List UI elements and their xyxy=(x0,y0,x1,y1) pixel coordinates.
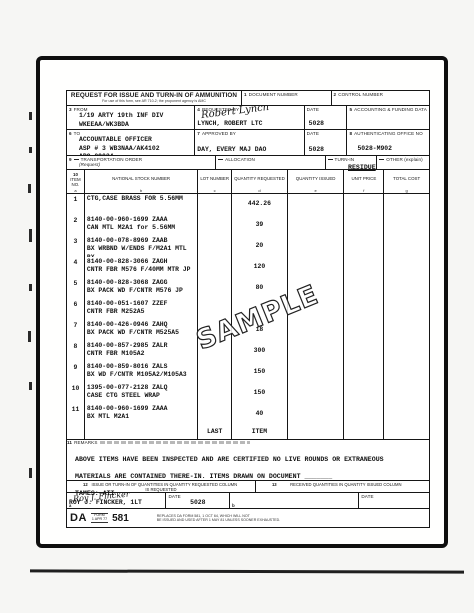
item-total-cost xyxy=(384,299,429,320)
scan-artifact xyxy=(29,147,32,153)
item-qty-issued xyxy=(288,362,345,383)
item-qty-issued xyxy=(288,383,345,404)
da-logo: DA xyxy=(70,512,87,524)
item-number: 11 xyxy=(67,404,85,425)
issuer-typed-name: ROY J. FINCKER, 1LT xyxy=(69,499,142,507)
item-total-cost xyxy=(384,236,429,257)
table-row: 28140-00-960-1699 ZAAA CAN MTL M2A1 for … xyxy=(67,215,429,236)
item-lot xyxy=(198,404,232,425)
form-subtitle: For use of this form, see AR 710-2; the … xyxy=(69,99,239,103)
box-number: 3 xyxy=(69,107,72,112)
receiver-date-label: DATE xyxy=(361,494,427,499)
checkbox-icon xyxy=(218,156,223,160)
qty-requested-header: QUANTITY REQUESTED d xyxy=(232,170,288,193)
receiver-signature-box: b xyxy=(230,493,359,508)
control-number-box: 2CONTROL NUMBER xyxy=(332,91,429,105)
qty-issued-header: QUANTITY ISSUED e xyxy=(288,170,345,193)
last-item-lot-text: LAST xyxy=(198,425,232,439)
item-qty-issued xyxy=(288,215,345,236)
item-unit-price xyxy=(344,299,384,320)
item-description: 8140-00-828-3068 ZAGG BX PACK WD F/CNTR … xyxy=(85,278,198,299)
issuer-date-value: 5028 xyxy=(168,499,227,507)
item-description: 8140-00-859-8016 ZALS BX WD F/CNTR M105A… xyxy=(85,362,198,383)
receiver-date-box: DATE xyxy=(359,493,429,508)
document-number-box: 1DOCUMENT NUMBER xyxy=(242,91,332,105)
approved-date-box: DATE 5028 xyxy=(305,130,348,155)
table-row: 1CTG,CASE BRASS FOR 5.56MM442.26 xyxy=(67,194,429,215)
item-number: 7 xyxy=(67,320,85,341)
item-description: 8140-00-857-2985 ZALR CNTR FBR M105A2 xyxy=(85,341,198,362)
item-unit-price xyxy=(344,320,384,341)
item-lot xyxy=(198,215,232,236)
certification-right: 13RECEIVED QUANTITIES IN QUANTITY ISSUED… xyxy=(256,481,429,492)
item-number: 2 xyxy=(67,215,85,236)
scan-artifact xyxy=(28,184,31,193)
to-row: 6TO ACCOUNTABLE OFFICER ASP # 3 WB3NAA/A… xyxy=(67,130,429,156)
item-total-cost xyxy=(384,383,429,404)
item-qty-requested: 442.26 xyxy=(232,194,288,215)
box-number: 5 xyxy=(349,107,352,112)
item-unit-price xyxy=(344,194,384,215)
to-value: ACCOUNTABLE OFFICER ASP # 3 WB3NAA/AK410… xyxy=(79,136,192,155)
item-number: 1 xyxy=(67,194,85,215)
form-title-box: REQUEST FOR ISSUE AND TURN-IN OF AMMUNIT… xyxy=(67,91,242,105)
total-cost-header: TOTAL COST g xyxy=(384,170,429,193)
item-description: 8140-00-960-1699 ZAAA BX MTL M2A1 xyxy=(85,404,198,425)
box-number: 1 xyxy=(244,92,247,97)
form-header-row: REQUEST FOR ISSUE AND TURN-IN OF AMMUNIT… xyxy=(67,91,429,106)
item-unit-price xyxy=(344,341,384,362)
items-table-header: 10 ITEM NO. a NATIONAL STOCK NUMBER b LO… xyxy=(67,170,429,194)
from-value: 1/19 ARTY 19th INF DIV WKEEAA/WK3BDA APO… xyxy=(79,112,192,129)
control-number-label: CONTROL NUMBER xyxy=(338,92,383,97)
scan-artifact xyxy=(28,331,31,342)
signature-row: a Roy J. Fincker ROY J. FINCKER, 1LT DAT… xyxy=(67,493,429,509)
item-number: 8 xyxy=(67,341,85,362)
item-total-cost xyxy=(384,320,429,341)
authenticating-label: AUTHENTICATING OFFICE NO xyxy=(354,131,423,136)
table-row: 118140-00-960-1699 ZAAA BX MTL M2A140 xyxy=(67,404,429,425)
request-type-label: TURN-IN xyxy=(335,157,355,162)
item-qty-requested: 150 xyxy=(232,362,288,383)
last-item-row: LAST ITEM xyxy=(67,425,429,440)
box-number: 2 xyxy=(334,92,337,97)
nsn-header: NATIONAL STOCK NUMBER b xyxy=(85,170,198,193)
item-qty-requested: 150 xyxy=(232,383,288,404)
box-number: 13 xyxy=(272,482,277,487)
item-qty-requested: 120 xyxy=(232,257,288,278)
item-lot xyxy=(198,278,232,299)
requested-by-box: 4REQUESTED BY Robert Lynch LYNCH, ROBERT… xyxy=(195,106,304,129)
to-label: TO xyxy=(74,131,81,136)
accounting-funding-box: 5ACCOUNTING & FUNDING DATA xyxy=(347,106,429,129)
item-qty-issued xyxy=(288,341,345,362)
item-number: 9 xyxy=(67,362,85,383)
box-number: 7 xyxy=(197,131,200,136)
item-number: 4 xyxy=(67,257,85,278)
table-row: 48140-00-828-3066 ZAGH CNTR FBR M576 F/4… xyxy=(67,257,429,278)
approved-date-value: 5028 xyxy=(309,146,324,154)
item-total-cost xyxy=(384,341,429,362)
issuer-date-box: DATE 5028 xyxy=(166,493,230,508)
form-number: 581 xyxy=(112,513,129,524)
scan-artifact xyxy=(29,382,32,390)
certification-left-text: ISSUE OR TURN-IN OF QUANTITIES IN QUANTI… xyxy=(91,482,237,492)
item-total-cost xyxy=(384,362,429,383)
item-unit-price xyxy=(344,215,384,236)
illegible-print xyxy=(100,441,250,444)
item-unit-price xyxy=(344,383,384,404)
remarks-label: REMARKS xyxy=(74,440,97,445)
requested-by-typed-name: LYNCH, ROBERT LTC xyxy=(197,120,262,128)
item-total-cost xyxy=(384,404,429,425)
item-description: 8140-00-051-1607 ZZEF CNTR FBR M252A5 xyxy=(85,299,198,320)
da-form-581-page: SAMPLE RESIDUE REQUEST FOR ISSUE AND TUR… xyxy=(36,56,448,548)
from-row: 3FROM 1/19 ARTY 19th INF DIV WKEEAA/WK3B… xyxy=(67,106,429,130)
item-description: 8140-00-828-3066 ZAGH CNTR FBR M576 F/40… xyxy=(85,257,198,278)
lot-number-header: LOT NUMBER c xyxy=(198,170,232,193)
item-qty-requested: 20 xyxy=(232,236,288,257)
turn-in-note: RESIDUE xyxy=(348,164,376,173)
request-type-label: ALLOCATION xyxy=(225,157,255,162)
form-edition: FORM 1 APR 77 xyxy=(91,513,108,523)
item-lot xyxy=(198,383,232,404)
scan-artifact xyxy=(29,112,32,120)
request-type-label: TRANSPORTATION ORDER xyxy=(81,157,142,162)
item-description: CTG,CASE BRASS FOR 5.56MM xyxy=(85,194,198,215)
checkbox-icon xyxy=(74,156,79,160)
box-number: 11 xyxy=(67,440,72,445)
item-description: 8140-00-960-1699 ZAAA CAN MTL M2A1 for 5… xyxy=(85,215,198,236)
requested-date-value: 5028 xyxy=(309,120,324,128)
authenticating-office-box: 8AUTHENTICATING OFFICE NO 5028-M902 xyxy=(347,130,429,155)
checkbox-icon xyxy=(379,156,384,160)
item-lot xyxy=(198,236,232,257)
item-qty-issued xyxy=(288,404,345,425)
item-number: 5 xyxy=(67,278,85,299)
item-total-cost xyxy=(384,215,429,236)
table-row: 98140-00-859-8016 ZALS BX WD F/CNTR M105… xyxy=(67,362,429,383)
approved-date-label: DATE xyxy=(307,131,345,136)
request-type-option: OTHER (explain) xyxy=(377,156,429,169)
request-type-option: ALLOCATION xyxy=(216,156,325,169)
form-title: REQUEST FOR ISSUE AND TURN-IN OF AMMUNIT… xyxy=(69,92,239,99)
item-qty-requested: 39 xyxy=(232,215,288,236)
form-fine-print: REPLACES DA FORM 581, 1 OCT 64, WHICH WI… xyxy=(157,514,281,523)
document-number-label: DOCUMENT NUMBER xyxy=(249,92,298,97)
item-total-cost xyxy=(384,194,429,215)
sub-box-letter: b xyxy=(232,503,235,508)
next-page-edge xyxy=(30,569,464,573)
checkbox-checked-icon xyxy=(328,156,333,160)
last-item-qty-text: ITEM xyxy=(232,425,288,439)
authenticating-value: 5028-M902 xyxy=(357,145,392,153)
item-lot xyxy=(198,194,232,215)
item-no-header: 10 ITEM NO. a xyxy=(67,170,85,193)
accounting-label: ACCOUNTING & FUNDING DATA xyxy=(354,107,427,112)
scan-artifact xyxy=(29,229,32,242)
item-unit-price xyxy=(344,236,384,257)
item-description: 8140-00-426-0946 ZAHQ BX PACK WD F/CNTR … xyxy=(85,320,198,341)
item-lot xyxy=(198,257,232,278)
box-number: 12 xyxy=(83,482,88,487)
item-total-cost xyxy=(384,278,429,299)
requested-date-box: DATE 5028 xyxy=(305,106,348,129)
remarks-line-1: ABOVE ITEMS HAVE BEEN INSPECTED AND ARE … xyxy=(75,456,429,465)
item-unit-price xyxy=(344,404,384,425)
box-number: 8 xyxy=(349,131,352,136)
from-box: 3FROM 1/19 ARTY 19th INF DIV WKEEAA/WK3B… xyxy=(67,106,195,129)
table-row: 38140-00-078-8969 ZAAB BX WRBND W/ENDS F… xyxy=(67,236,429,257)
item-number: 6 xyxy=(67,299,85,320)
table-row: 101395-00-077-2128 ZALQ CASE CTG STEEL W… xyxy=(67,383,429,404)
box-number: 6 xyxy=(69,131,72,136)
requested-date-label: DATE xyxy=(307,107,345,112)
item-unit-price xyxy=(344,278,384,299)
approved-by-label: APPROVED BY xyxy=(202,131,236,136)
remarks-box: 11REMARKS ABOVE ITEMS HAVE BEEN INSPECTE… xyxy=(67,440,429,481)
scan-artifact xyxy=(29,468,32,478)
box-number: 9 xyxy=(69,157,72,162)
certification-right-text: RECEIVED QUANTITIES IN QUANTITY ISSUED C… xyxy=(290,482,401,487)
item-number: 3 xyxy=(67,236,85,257)
certification-row: 12ISSUE OR TURN-IN OF QUANTITIES IN QUAN… xyxy=(67,481,429,493)
scan-artifact xyxy=(29,284,32,291)
item-qty-issued xyxy=(288,236,345,257)
item-number: 10 xyxy=(67,383,85,404)
item-qty-issued xyxy=(288,194,345,215)
certification-left: 12ISSUE OR TURN-IN OF QUANTITIES IN QUAN… xyxy=(67,481,256,492)
form-footer-row: DA FORM 1 APR 77 581 REPLACES DA FORM 58… xyxy=(67,509,429,527)
scan-canvas: SAMPLE RESIDUE REQUEST FOR ISSUE AND TUR… xyxy=(0,0,474,613)
request-type-option: 9TRANSPORTATION ORDER(Request) xyxy=(67,156,216,169)
unit-price-header: UNIT PRICE f xyxy=(344,170,384,193)
approved-by-typed-name: DAY, EVERY MAJ DAO xyxy=(197,146,266,154)
request-type-sublabel: (Request) xyxy=(79,162,213,167)
item-unit-price xyxy=(344,362,384,383)
item-total-cost xyxy=(384,257,429,278)
from-label: FROM xyxy=(74,107,88,112)
item-description: 8140-00-078-8969 ZAAB BX WRBND W/ENDS F/… xyxy=(85,236,198,257)
issuer-signature-box: a Roy J. Fincker ROY J. FINCKER, 1LT xyxy=(67,493,166,508)
item-unit-price xyxy=(344,257,384,278)
approved-by-box: 7APPROVED BY DAY, EVERY MAJ DAO xyxy=(195,130,304,155)
item-qty-requested: 40 xyxy=(232,404,288,425)
request-type-label: OTHER (explain) xyxy=(386,157,422,162)
to-box: 6TO ACCOUNTABLE OFFICER ASP # 3 WB3NAA/A… xyxy=(67,130,195,155)
item-description: 1395-00-077-2128 ZALQ CASE CTG STEEL WRA… xyxy=(85,383,198,404)
